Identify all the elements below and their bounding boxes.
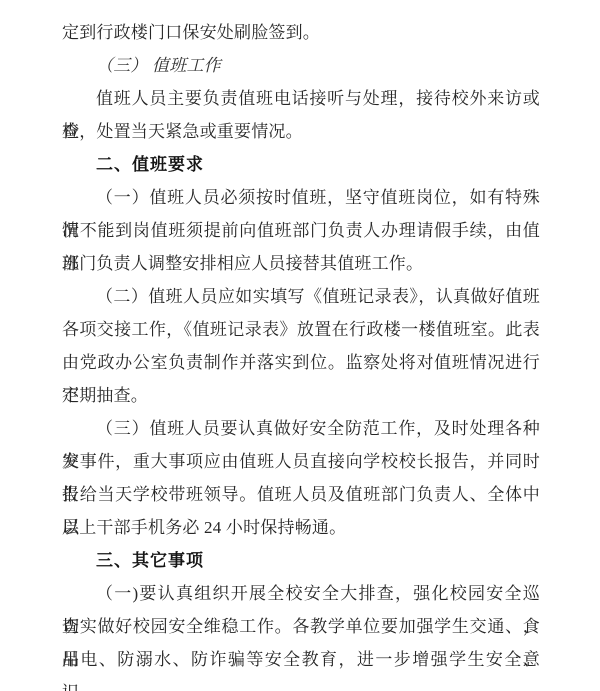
sub-heading-duty-work: （三） 值班工作 <box>62 49 540 82</box>
body-line: （一）值班人员必须按时值班，坚守值班岗位，如有特殊情 <box>62 181 540 214</box>
body-line: 各项交接工作，《值班记录表》放置在行政楼一楼值班室。此表 <box>62 313 540 346</box>
body-line: 告给当天学校带班领导。值班人员及值班部门负责人、全体中层 <box>62 478 540 511</box>
body-line: 部门负责人调整安排相应人员接替其值班工作。 <box>62 247 540 280</box>
body-line: 查，处置当天紧急或重要情况。 <box>62 115 540 148</box>
body-line: 定期抽查。 <box>62 379 540 412</box>
body-line: 况不能到岗值班须提前向值班部门负责人办理请假手续，由值班 <box>62 214 540 247</box>
body-line: 发事件，重大事项应由值班人员直接向学校校长报告，并同时报 <box>62 445 540 478</box>
document-page: 定到行政楼门口保安处刷脸签到。 （三） 值班工作 值班人员主要负责值班电话接听与… <box>0 0 600 691</box>
document-text-block: 定到行政楼门口保安处刷脸签到。 （三） 值班工作 值班人员主要负责值班电话接听与… <box>62 16 540 676</box>
body-line: （二）值班人员应如实填写《值班记录表》，认真做好值班 <box>62 280 540 313</box>
body-line: 以上干部手机务必 24 小时保持畅通。 <box>62 511 540 544</box>
body-line: 切实做好校园安全维稳工作。各教学单位要加强学生交通、食品、 <box>62 610 540 643</box>
body-line: 值班人员主要负责值班电话接听与处理，接待校外来访或检 <box>62 82 540 115</box>
body-line: 定到行政楼门口保安处刷脸签到。 <box>62 16 540 49</box>
body-line: （三）值班人员要认真做好安全防范工作，及时处理各种突 <box>62 412 540 445</box>
section-heading-2: 二、值班要求 <box>62 148 540 181</box>
body-line: （一)要认真组织开展全校安全大排查，强化校园安全巡查， <box>62 577 540 610</box>
section-heading-3: 三、其它事项 <box>62 544 540 577</box>
body-line: 用电、防溺水、防诈骗等安全教育，进一步增强学生安全意识， <box>62 643 540 676</box>
body-line: 由党政办公室负责制作并落实到位。监察处将对值班情况进行不 <box>62 346 540 379</box>
